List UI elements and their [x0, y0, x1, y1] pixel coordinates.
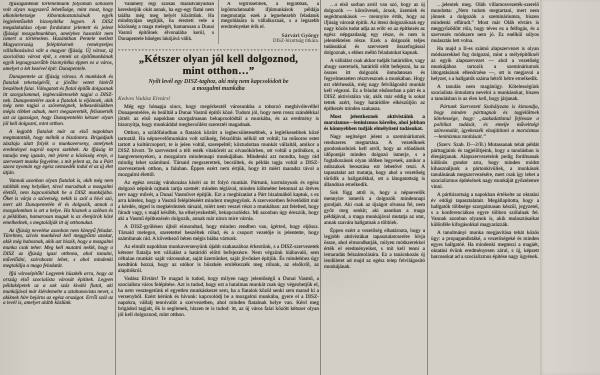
feature-block: Valamely régi szokás maradványaiban kere… — [118, 0, 319, 375]
intro-left-column: Valamely régi szokás maradványaiban kere… — [118, 2, 214, 46]
subtitle-line1: Nyílt levél egy DISZ-taghoz, aki még nem… — [149, 79, 289, 85]
subtitle-line2: a mozgalmi munkába — [192, 86, 244, 92]
paragraph: A legjobb fiatalok már az első napokban … — [3, 130, 113, 177]
column-divider — [427, 0, 428, 375]
paragraph: Dunapentele az ifjúság városa. A munkáso… — [3, 75, 113, 128]
paragraph: Az egész ország várakozása kíséri az itt… — [118, 180, 319, 222]
paragraph: A tanulmányi munka megjavítása tehát köz… — [431, 230, 539, 260]
paragraph: Az ifjúság nevelése azonban nem könnyű f… — [3, 229, 113, 270]
column-divider — [115, 0, 116, 375]
paragraph: …s első sorban arról van szó, hogy az új… — [324, 2, 425, 56]
newspaper-page: Ifjúságunknak történelmünk folyamán soha… — [0, 0, 600, 375]
paragraph: Otthon, a szülőfaludban a fiatalok közöt… — [118, 130, 319, 178]
paragraph: …jelentek meg. Oláh villamosvezeték-szer… — [431, 2, 539, 44]
paragraph: Az elmúlt napokban munkaversenyünk újabb… — [118, 244, 319, 274]
paragraph: A vállalást csak akkor tudják határidőre… — [324, 58, 425, 112]
zigzag-divider: vvvvvvvvvvvvvvvvvvvvvvvvvvvvvvvvvvvvvvvv… — [118, 47, 319, 53]
paragraph: A DISZ-gyűlésen újból elmondtad, hogy mi… — [118, 224, 319, 242]
paragraph: Sok függ attól is, hogy a népnevelők men… — [324, 190, 425, 226]
article-headline: „Kétszer olyan jól kell dolgoznod, mint … — [118, 54, 319, 77]
scan-margin — [540, 0, 600, 375]
column-divider — [320, 0, 321, 375]
paragraph: Ifjú városépítők! Legyetek büszkék arra,… — [3, 272, 113, 307]
editorial-column: Ifjúságunknak történelmünk folyamán soha… — [3, 2, 113, 375]
paragraph: Nagy segítséget jelent a szemináriumok r… — [324, 134, 425, 188]
paragraph: Ifjúságunknak történelmünk folyamán soha… — [3, 2, 113, 73]
signature-title: DISZ-bizottság titkára. — [221, 39, 319, 45]
intro-column-divider — [218, 0, 219, 44]
news-column-5: …jelentek meg. Oláh villamosvezeték-szer… — [431, 2, 539, 375]
news-column-4: …s első sorban arról van szó, hogy az új… — [324, 2, 425, 375]
paragraph: Valamely régi szokás maradványaiban kere… — [118, 2, 214, 43]
intro-right-column: A legfrissebbek, a legjobbak, a legöntud… — [221, 2, 319, 46]
paragraph: A legfrissebbek, a legjobbak, a legöntud… — [221, 2, 319, 31]
intro-section: Valamely régi szokás maradványaiban kere… — [118, 0, 319, 46]
paragraph: Még egy hónapja sincs, hogy megérkeztél … — [118, 104, 319, 128]
headline-line2: mint otthon…” — [183, 66, 255, 77]
letter-body: Még egy hónapja sincs, hogy megérkeztél … — [118, 104, 319, 318]
letter-salutation: Kedves Vadász Elvtárs! — [118, 96, 319, 102]
paragraph: (Szerv. Szab. II—2/B.) Mutassanak tehát … — [431, 142, 539, 190]
party-rules-quote: Pártunk Szervezeti Szabályzata is kimond… — [431, 104, 539, 140]
article-subtitle: Nyílt levél egy DISZ-taghoz, aki még nem… — [118, 79, 319, 92]
paragraph: A tanulás nem magánügy. Kötelességünk sz… — [431, 84, 539, 102]
emphasis-paragraph: Most jelentkeznek aktivistáink a marxizm… — [324, 114, 425, 132]
paragraph: Ha majd a II-es számú alapszervezet is o… — [431, 46, 539, 82]
signature-block: Sárvári György DISZ-bizottság titkára. — [221, 33, 319, 45]
paragraph: Vadász Elvtárs! Te magad is tudod, hogy … — [118, 276, 319, 318]
paragraph: Éppen ezért a vezetőség elhatározta, hog… — [324, 228, 425, 270]
paragraph: A pártbizottság a napokban értékelte az … — [431, 192, 539, 228]
headline-line1: „Kétszer olyan jól kell dolgoznod, — [139, 54, 298, 65]
paragraph: Vannak azonban olyan fiatalok is, akik m… — [3, 179, 113, 226]
